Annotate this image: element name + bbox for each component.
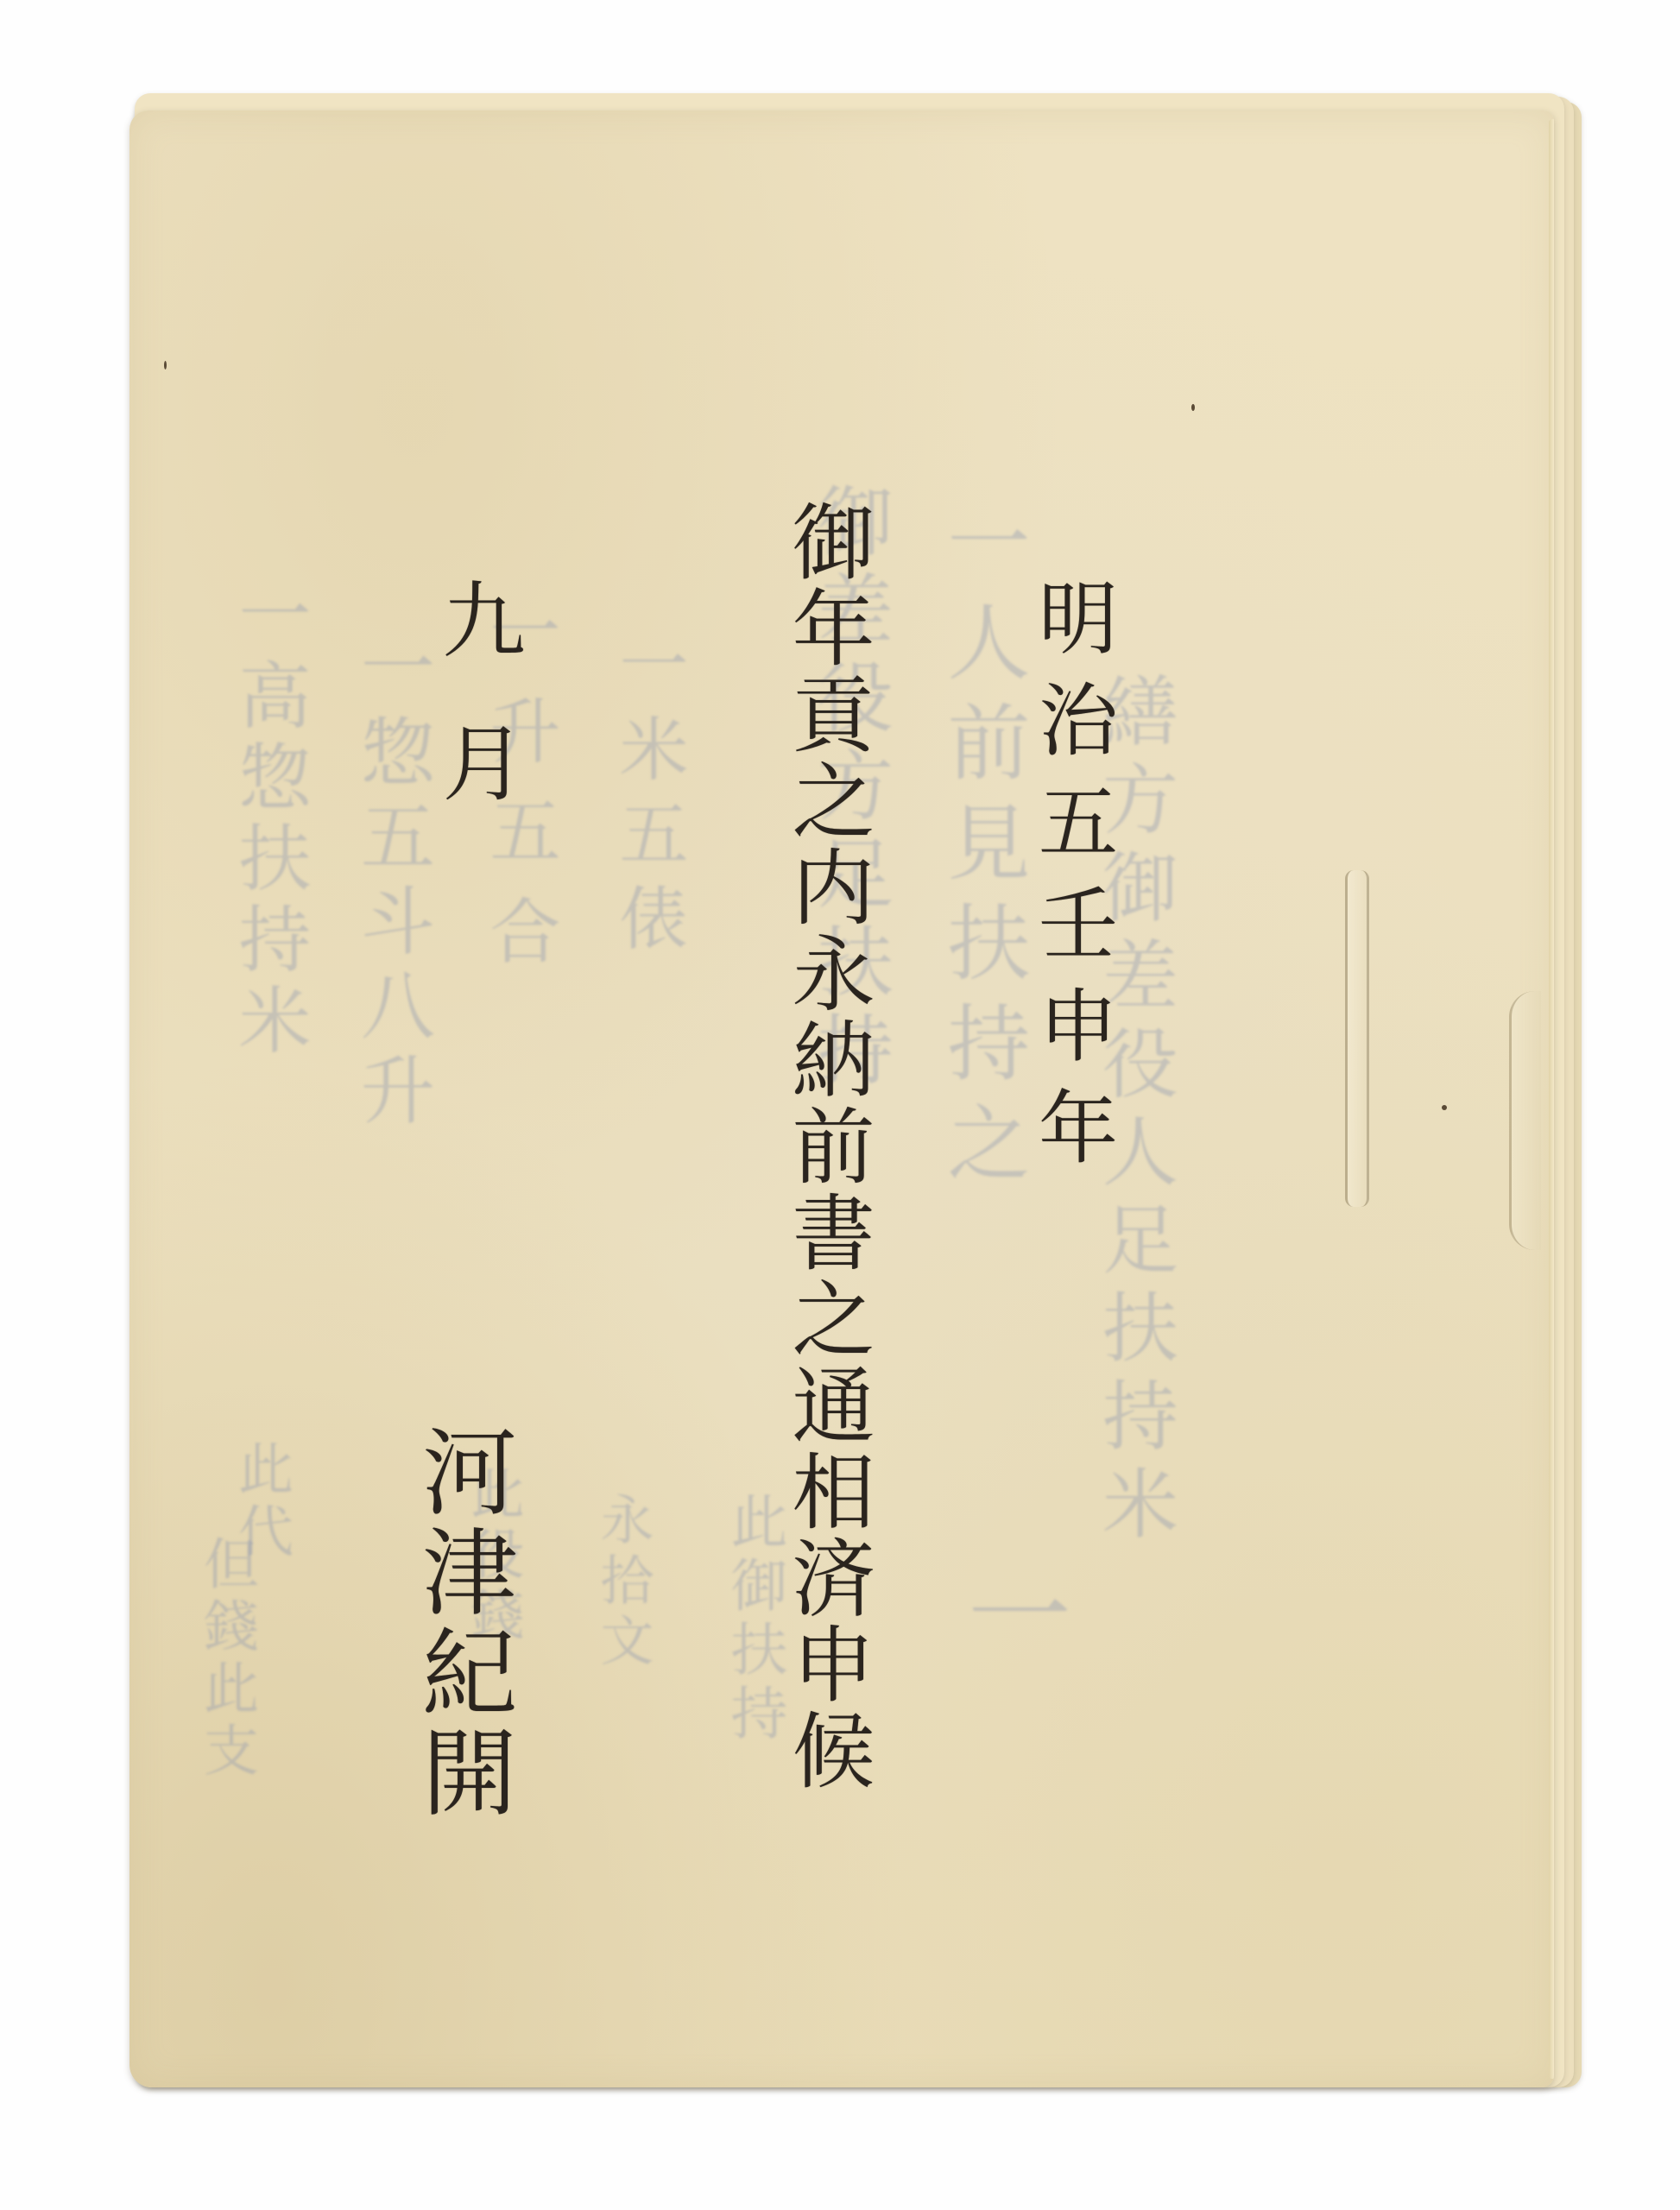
date-column: 明治五壬申年: [1032, 577, 1111, 1188]
paper-speck: [164, 361, 167, 369]
paper-speck: [1191, 404, 1195, 411]
show-through-text: 一高惣扶持米: [233, 577, 306, 1064]
show-through-text: 此御扶持: [725, 1492, 782, 1747]
show-through-text: 但錢此支: [199, 1535, 254, 1784]
show-through-text: 一米五俵: [613, 628, 682, 967]
show-through-text: 一惣五斗八升: [354, 628, 428, 1136]
show-through-text: 一人前見扶持之: [941, 499, 1024, 1200]
signature-column: 河津紀開: [414, 1423, 509, 1823]
show-through-text: 一: [958, 1561, 1062, 1671]
main-text-column: 御年貢之内永納前書之通相済申候: [786, 499, 868, 1794]
paper-sheet: 繕方御差役人足扶持米 一人前見扶持之 御差役方足扶持 一米五俵 一升五合 一惣五…: [129, 110, 1554, 2087]
binding-fold-mark: [1509, 991, 1541, 1250]
month-column: 九月: [436, 577, 519, 863]
paper-speck: [1442, 1105, 1447, 1110]
binding-slit-mark: [1345, 870, 1369, 1207]
show-through-text: 永拾文: [596, 1492, 649, 1673]
document-scan: 繕方御差役人足扶持米 一人前見扶持之 御差役方足扶持 一米五俵 一升五合 一惣五…: [0, 0, 1680, 2210]
stacked-page-edge: [1549, 119, 1554, 2079]
